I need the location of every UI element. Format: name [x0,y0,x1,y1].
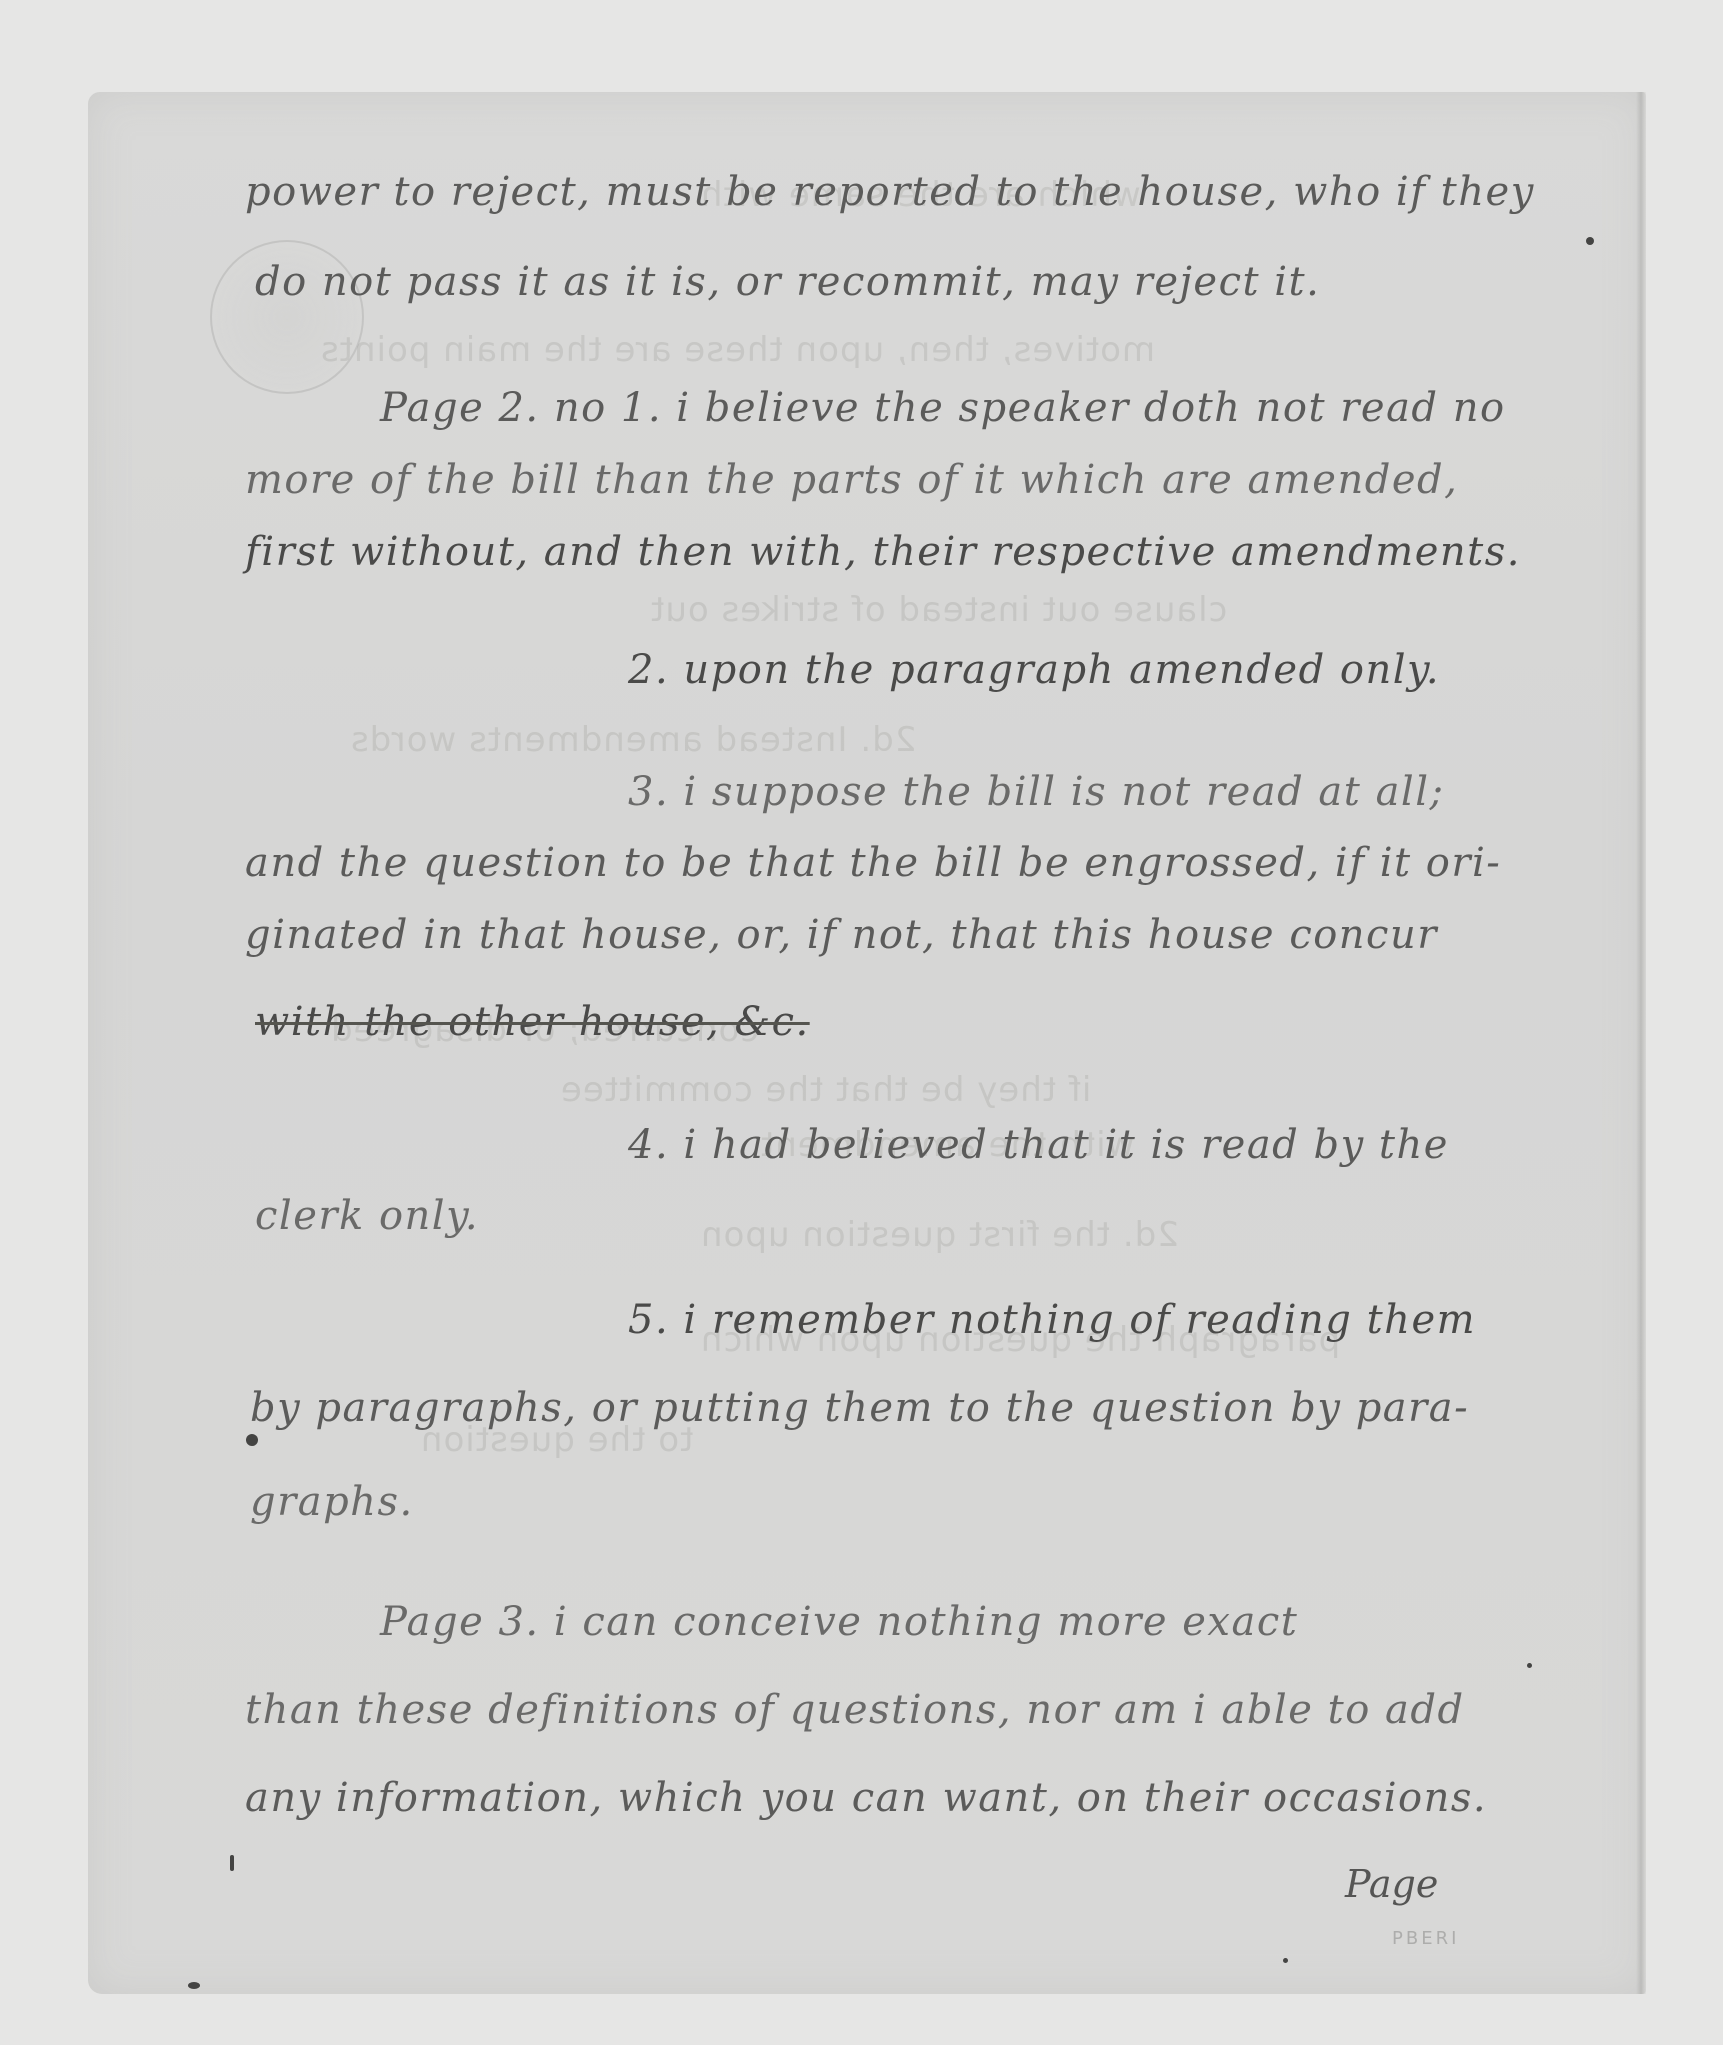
manuscript-line: Page 3. i can conceive nothing more exac… [380,1602,1298,1642]
manuscript-line: first without, and then with, their resp… [245,532,1521,572]
bleed-through-text: if they be that the committee [560,1070,1091,1110]
manuscript-line: by paragraphs, or putting them to the qu… [250,1388,1469,1428]
catchword: Page [1345,1862,1438,1906]
manuscript-line: 5. i remember nothing of reading them [628,1300,1476,1340]
ink-speck [188,1982,200,1989]
manuscript-line: power to reject, must be reported to the… [245,172,1535,212]
bleed-through-text: clause out instead of strikes out [650,590,1227,630]
manuscript-line: ginated in that house, or, if not, that … [245,915,1438,955]
manuscript-line: 2. upon the paragraph amended only. [628,650,1440,690]
ink-speck [1527,1663,1532,1668]
manuscript-line: 4. i had believed that it is read by the [628,1125,1449,1165]
manuscript-line: and the question to be that the bill be … [245,843,1501,883]
manuscript-line: than these definitions of questions, nor… [245,1690,1465,1730]
manuscript-line: clerk only. [255,1196,479,1236]
manuscript-line: Page 2. no 1. i believe the speaker doth… [380,388,1506,428]
bleed-through-text: 2d. the first question upon [700,1215,1179,1255]
manuscript-line-struck: with the other house, &c. [255,1002,810,1042]
bleed-through-text: motives, then, upon these are the main p… [320,330,1155,370]
manuscript-line: graphs. [250,1482,414,1522]
ink-speck [1283,1958,1288,1963]
manuscript-line: more of the bill than the parts of it wh… [245,460,1458,500]
manuscript-line: do not pass it as it is, or recommit, ma… [255,262,1320,302]
ink-speck [1586,237,1594,245]
page-edge-shadow [1636,92,1646,1994]
bleed-through-text: 2d. Instead amendments words [350,720,916,760]
manuscript-line: 3. i suppose the bill is not read at all… [628,772,1444,812]
manuscript-line: any information, which you can want, on … [245,1778,1487,1818]
ink-blot [246,1434,258,1446]
ink-speck [230,1855,234,1871]
archive-mark: PBERI [1392,1928,1459,1949]
